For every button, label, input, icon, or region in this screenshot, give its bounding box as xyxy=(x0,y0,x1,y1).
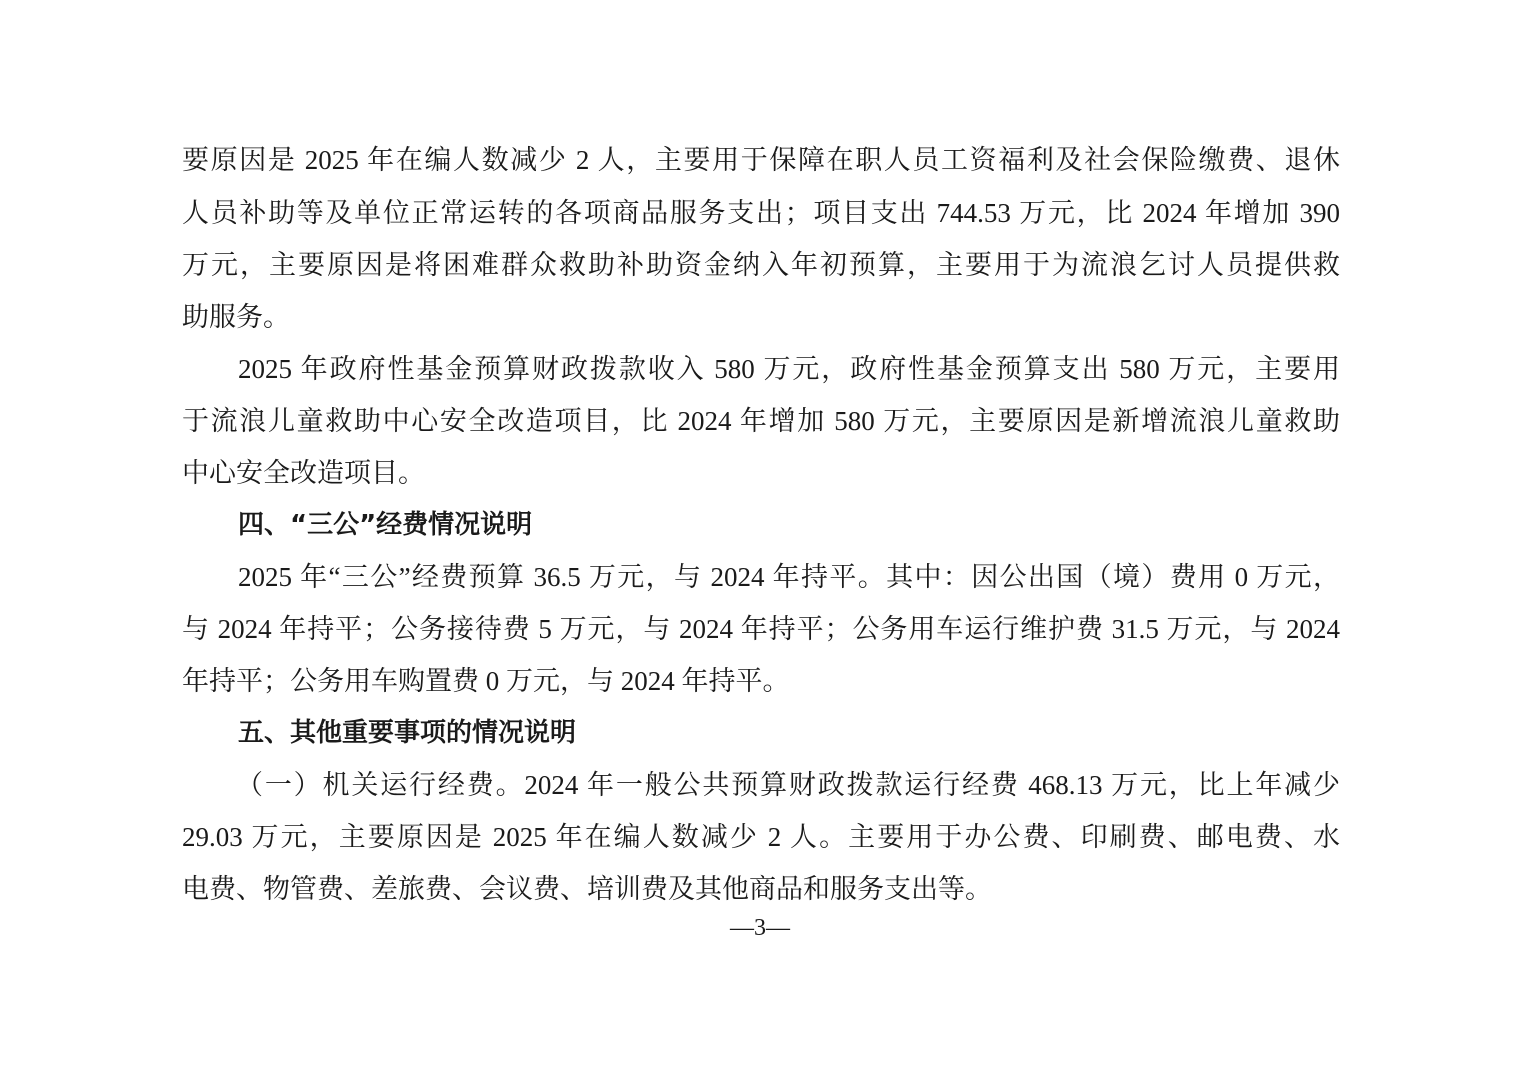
paragraph-line: 万元，主要原因是将困难群众救助补助资金纳入年初预算，主要用于为流浪乞讨人员提供救 xyxy=(182,245,1340,285)
paragraph-line: 于流浪儿童救助中心安全改造项目，比 2024 年增加 580 万元，主要原因是新… xyxy=(182,401,1340,441)
section-heading-other-matters: 五、其他重要事项的情况说明 xyxy=(238,713,1340,753)
paragraph-line: （一）机关运行经费。2024 年一般公共预算财政拨款运行经费 468.13 万元… xyxy=(236,765,1340,805)
paragraph-line: 2025 年政府性基金预算财政拨款收入 580 万元，政府性基金预算支出 580… xyxy=(238,349,1340,389)
paragraph-line: 电费、物管费、差旅费、会议费、培训费及其他商品和服务支出等。 xyxy=(182,869,1340,909)
paragraph-line: 29.03 万元，主要原因是 2025 年在编人数减少 2 人。主要用于办公费、… xyxy=(182,817,1340,857)
paragraph-line: 年持平；公务用车购置费 0 万元，与 2024 年持平。 xyxy=(182,661,1340,701)
page-number: —3— xyxy=(0,910,1520,946)
paragraph-line: 人员补助等及单位正常运转的各项商品服务支出；项目支出 744.53 万元，比 2… xyxy=(182,193,1340,233)
paragraph-line: 要原因是 2025 年在编人数减少 2 人，主要用于保障在职人员工资福利及社会保… xyxy=(182,140,1340,180)
paragraph-line: 2025 年“三公”经费预算 36.5 万元，与 2024 年持平。其中：因公出… xyxy=(238,557,1340,597)
paragraph-line: 中心安全改造项目。 xyxy=(182,453,1340,493)
paragraph-line: 与 2024 年持平；公务接待费 5 万元，与 2024 年持平；公务用车运行维… xyxy=(182,609,1340,649)
document-page: 要原因是 2025 年在编人数减少 2 人，主要用于保障在职人员工资福利及社会保… xyxy=(0,0,1520,1074)
section-heading-three-public: 四、“三公”经费情况说明 xyxy=(238,505,1340,545)
paragraph-line: 助服务。 xyxy=(182,297,1340,337)
